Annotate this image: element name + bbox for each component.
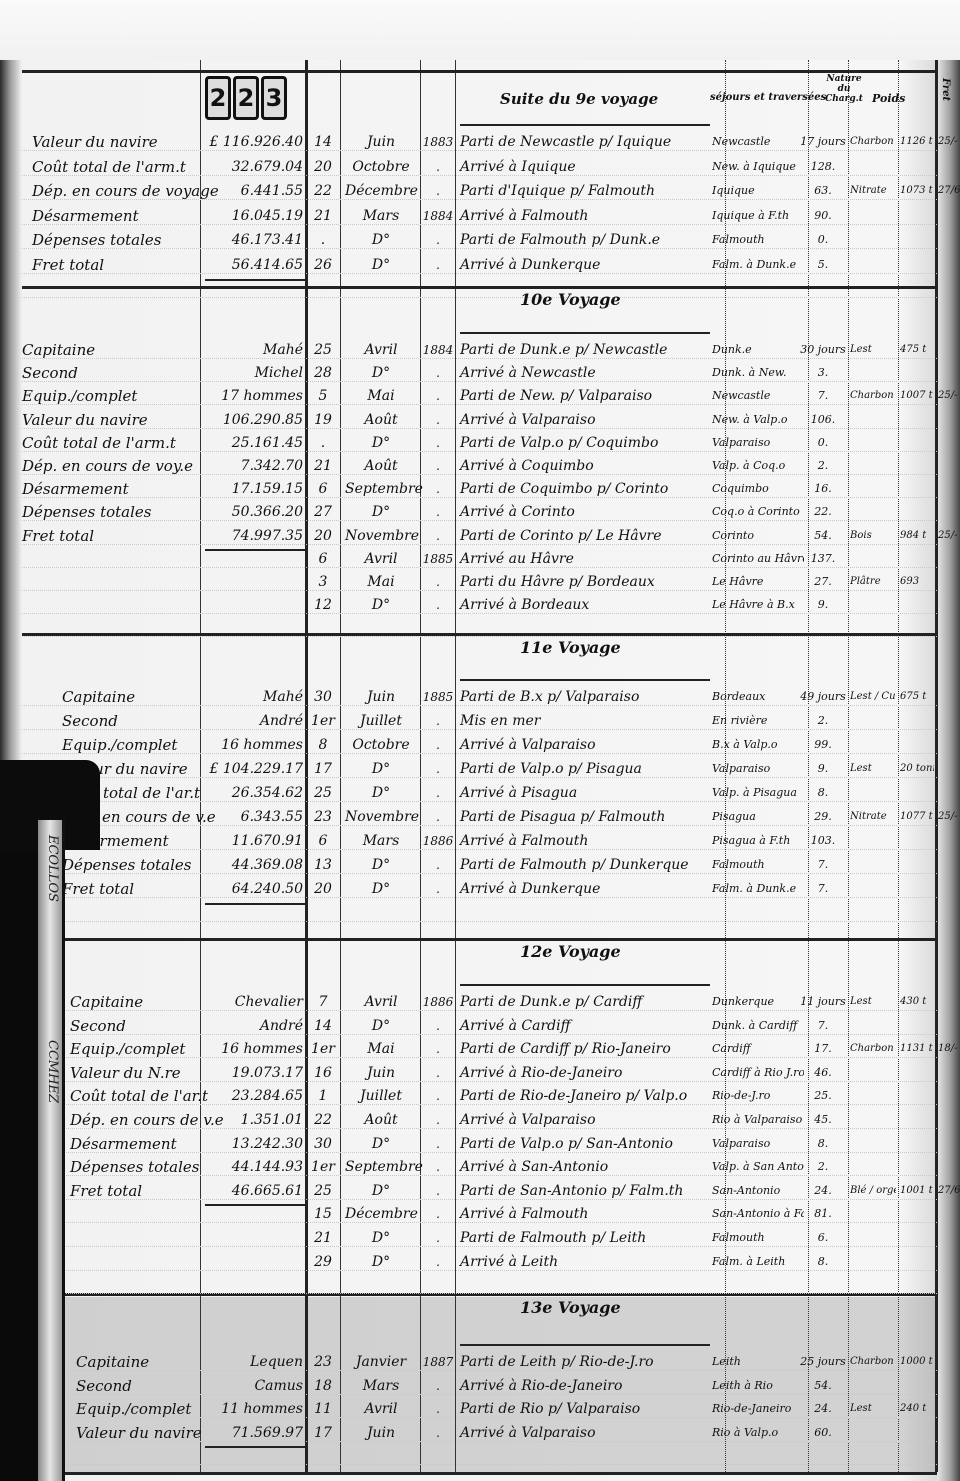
- entry-event: Parti de Corinto p/ Le Hâvre: [460, 524, 662, 548]
- summary-value: 11 hommes: [205, 1397, 303, 1421]
- entry-year: .: [422, 805, 454, 829]
- ruled-line: [22, 297, 937, 298]
- entry-cargo: Lest: [850, 338, 896, 362]
- entry-place: Leith: [712, 1350, 804, 1374]
- stamp-digit: 2: [233, 76, 259, 120]
- summary-label: Dép. en cours de voyage: [32, 179, 219, 203]
- summary-value: 11.670.91: [205, 829, 303, 853]
- entry-year: .: [422, 593, 454, 617]
- entry-day: 1er: [308, 709, 338, 733]
- entry-place: Rio à Valp.o: [712, 1421, 804, 1445]
- entry-event: Parti de Valp.o p/ Pisagua: [460, 757, 642, 781]
- entry-days: 8.: [800, 1250, 846, 1274]
- entry-place: Newcastle: [712, 130, 804, 154]
- summary-value: 56.414.65: [205, 253, 303, 277]
- entry-cargo: Charbon: [850, 1037, 896, 1061]
- entry-month: Juin: [345, 1421, 417, 1445]
- entry-month: Avril: [345, 547, 417, 571]
- binding-edge: [0, 760, 38, 1481]
- section-divider: [62, 938, 937, 941]
- entry-year: .: [422, 1179, 454, 1203]
- summary-label: Fret total: [62, 877, 134, 901]
- entry-day: 7: [308, 990, 338, 1014]
- entry-days: 45.: [800, 1108, 846, 1132]
- entry-event: Arrivé à Valparaiso: [460, 1421, 596, 1445]
- entry-day: 1er: [308, 1155, 338, 1179]
- summary-label: Coût total de l'arm.t: [22, 431, 176, 455]
- entry-cargo: Nitrate: [850, 805, 896, 829]
- entry-weight: 1000 t: [900, 1350, 934, 1374]
- entry-month: Juin: [345, 130, 417, 154]
- entry-days: 90.: [800, 204, 846, 228]
- entry-day: 1: [308, 1084, 338, 1108]
- entry-month: Novembre: [345, 805, 417, 829]
- entry-weight: 1001 t: [900, 1179, 934, 1203]
- entry-month: Mai: [345, 384, 417, 408]
- column-divider: [848, 60, 849, 1472]
- entry-place: New. à Iquique: [712, 155, 804, 179]
- summary-label: Capitaine: [22, 338, 95, 362]
- entry-place: Pisagua à F.th: [712, 829, 804, 853]
- summary-label: Désarmement: [70, 1132, 177, 1156]
- summary-label: Dépenses totales: [70, 1155, 200, 1179]
- totals-underline: [205, 549, 305, 551]
- summary-value: 16.045.19: [205, 204, 303, 228]
- entry-year: 1885: [422, 685, 454, 709]
- entry-year: 1885: [422, 547, 454, 571]
- entry-freight: 27/6: [938, 179, 960, 203]
- entry-year: .: [422, 781, 454, 805]
- entry-days: 81.: [800, 1202, 846, 1226]
- entry-day: 20: [308, 524, 338, 548]
- column-divider: [420, 60, 421, 1472]
- entry-days: 106.: [800, 408, 846, 432]
- entry-days: 7.: [800, 384, 846, 408]
- entry-day: 13: [308, 853, 338, 877]
- entry-year: .: [422, 1132, 454, 1156]
- entry-year: .: [422, 1374, 454, 1398]
- entry-freight: 25/-: [938, 384, 960, 408]
- entry-day: 20: [308, 155, 338, 179]
- entry-day: 27: [308, 500, 338, 524]
- entry-month: Août: [345, 1108, 417, 1132]
- entry-year: .: [422, 1037, 454, 1061]
- entry-event: Arrivé à Valparaiso: [460, 733, 596, 757]
- entry-month: Juillet: [345, 1084, 417, 1108]
- summary-value: Lequen: [205, 1350, 303, 1374]
- entry-weight: 984 t: [900, 524, 934, 548]
- bottom-rule: [62, 1472, 937, 1475]
- entry-year: .: [422, 1014, 454, 1038]
- summary-value: £ 104.229.17: [205, 757, 303, 781]
- entry-event: Arrivé à Dunkerque: [460, 253, 600, 277]
- summary-value: Camus: [205, 1374, 303, 1398]
- entry-day: 17: [308, 1421, 338, 1445]
- summary-label: Equip./complet: [76, 1397, 191, 1421]
- entry-event: Parti de Valp.o p/ San-Antonio: [460, 1132, 673, 1156]
- entry-event: Arrivé à Valparaiso: [460, 1108, 596, 1132]
- entry-days: 5.: [800, 253, 846, 277]
- summary-label: Capitaine: [70, 990, 143, 1014]
- entry-freight: 27/6: [938, 1179, 960, 1203]
- entry-day: 3: [308, 570, 338, 594]
- entry-weight: 1073 t: [900, 179, 934, 203]
- summary-value: 32.679.04: [205, 155, 303, 179]
- entry-year: .: [422, 709, 454, 733]
- entry-place: Le Hâvre: [712, 570, 804, 594]
- entry-day: 14: [308, 1014, 338, 1038]
- entry-day: 12: [308, 593, 338, 617]
- entry-month: D°: [345, 757, 417, 781]
- entry-year: .: [422, 1202, 454, 1226]
- entry-day: 25: [308, 338, 338, 362]
- summary-value: 106.290.85: [205, 408, 303, 432]
- entry-month: D°: [345, 500, 417, 524]
- entry-day: .: [308, 431, 338, 455]
- entry-month: D°: [345, 593, 417, 617]
- entry-month: Juin: [345, 1061, 417, 1085]
- column-divider: [898, 60, 899, 1472]
- entry-year: .: [422, 570, 454, 594]
- entry-month: D°: [345, 1226, 417, 1250]
- top-rule: [22, 70, 937, 73]
- entry-year: .: [422, 454, 454, 478]
- entry-year: .: [422, 1155, 454, 1179]
- entry-month: Septembre: [345, 477, 417, 501]
- entry-event: Arrivé à Cardiff: [460, 1014, 571, 1038]
- entry-place: San-Antonio: [712, 1179, 804, 1203]
- entry-year: 1887: [422, 1350, 454, 1374]
- index-tab-text-upper: ECOLLOS: [40, 835, 60, 902]
- entry-place: Newcastle: [712, 384, 804, 408]
- summary-value: 44.144.93: [205, 1155, 303, 1179]
- summary-label: Equip./complet: [62, 733, 177, 757]
- summary-label: Equip./complet: [22, 384, 137, 408]
- entry-place: Pisagua: [712, 805, 804, 829]
- summary-label: Dépenses totales: [32, 228, 162, 252]
- summary-label: Désarmement: [22, 477, 129, 501]
- entry-year: .: [422, 757, 454, 781]
- entry-month: Janvier: [345, 1350, 417, 1374]
- entry-day: 26: [308, 253, 338, 277]
- entry-place: Iquique: [712, 179, 804, 203]
- entry-days: 63.: [800, 179, 846, 203]
- section-underline: [460, 124, 710, 126]
- entry-month: D°: [345, 781, 417, 805]
- entry-event: Parti de Pisagua p/ Falmouth: [460, 805, 665, 829]
- summary-value: 6.343.55: [205, 805, 303, 829]
- entry-month: Décembre: [345, 179, 417, 203]
- entry-day: 29: [308, 1250, 338, 1274]
- entry-cargo: Lest / Cuivre: [850, 685, 896, 709]
- entry-place: Le Hâvre à B.x: [712, 593, 804, 617]
- entry-event: Arrivé à Valparaiso: [460, 408, 596, 432]
- totals-underline: [205, 279, 305, 281]
- summary-value: Mahé: [205, 338, 303, 362]
- freight-header: Fret: [940, 78, 951, 101]
- entry-year: .: [422, 361, 454, 385]
- summary-label: Capitaine: [76, 1350, 149, 1374]
- section-title: 10e Voyage: [520, 290, 621, 309]
- entry-year: .: [422, 253, 454, 277]
- entry-day: 30: [308, 685, 338, 709]
- summary-label: Second: [62, 709, 118, 733]
- summary-label: Coût total de l'ar.t: [70, 1084, 208, 1108]
- entry-event: Arrivé à Falmouth: [460, 829, 588, 853]
- entry-month: D°: [345, 253, 417, 277]
- entry-day: 18: [308, 1374, 338, 1398]
- entry-day: 30: [308, 1132, 338, 1156]
- entry-weight: 693: [900, 570, 934, 594]
- summary-value: 16 hommes: [205, 1037, 303, 1061]
- summary-label: Equip./complet: [70, 1037, 185, 1061]
- entry-event: Arrivé à Newcastle: [460, 361, 596, 385]
- entry-month: Septembre: [345, 1155, 417, 1179]
- entry-days: 103.: [800, 829, 846, 853]
- entry-cargo: Plâtre: [850, 570, 896, 594]
- summary-value: 16 hommes: [205, 733, 303, 757]
- summary-value: 74.997.35: [205, 524, 303, 548]
- entry-day: 16: [308, 1061, 338, 1085]
- entry-event: Mis en mer: [460, 709, 540, 733]
- entry-day: 14: [308, 130, 338, 154]
- stays-header: séjours et traversées: [710, 92, 826, 103]
- entry-event: Arrivé à Rio-de-Janeiro: [460, 1374, 622, 1398]
- entry-place: Coq.o à Corinto: [712, 500, 804, 524]
- entry-event: Arrivé à Corinto: [460, 500, 575, 524]
- entry-place: San-Antonio à Falmouth: [712, 1202, 804, 1226]
- entry-weight: 1131 t: [900, 1037, 934, 1061]
- summary-label: Second: [76, 1374, 132, 1398]
- entry-month: D°: [345, 228, 417, 252]
- column-divider: [200, 60, 201, 1472]
- summary-value: Mahé: [205, 685, 303, 709]
- entry-days: 60.: [800, 1421, 846, 1445]
- summary-value: 64.240.50: [205, 877, 303, 901]
- entry-day: 22: [308, 1108, 338, 1132]
- entry-days: 8.: [800, 781, 846, 805]
- entry-year: .: [422, 853, 454, 877]
- entry-event: Arrivé à San-Antonio: [460, 1155, 608, 1179]
- section-underline: [460, 332, 710, 334]
- stamp-digit: 2: [205, 76, 231, 120]
- entry-days: 11 jours: [800, 990, 846, 1014]
- entry-place: En rivière: [712, 709, 804, 733]
- weight-header: Poids: [872, 92, 905, 105]
- entry-year: .: [422, 1084, 454, 1108]
- entry-month: Octobre: [345, 155, 417, 179]
- entry-freight: 18/-: [938, 1037, 960, 1061]
- entry-event: Parti de Newcastle p/ Iquique: [460, 130, 671, 154]
- entry-event: Parti de Falmouth p/ Leith: [460, 1226, 646, 1250]
- entry-month: Mai: [345, 570, 417, 594]
- entry-cargo: Charbon: [850, 1350, 896, 1374]
- summary-value: 13.242.30: [205, 1132, 303, 1156]
- summary-value: 6.441.55: [205, 179, 303, 203]
- entry-days: 24.: [800, 1179, 846, 1203]
- entry-event: Parti de Leith p/ Rio-de-J.ro: [460, 1350, 654, 1374]
- entry-month: Décembre: [345, 1202, 417, 1226]
- entry-year: .: [422, 733, 454, 757]
- entry-place: Rio-de-J.ro: [712, 1084, 804, 1108]
- summary-value: 23.284.65: [205, 1084, 303, 1108]
- entry-event: Parti de Rio-de-Janeiro p/ Valp.o: [460, 1084, 687, 1108]
- entry-place: Coquimbo: [712, 477, 804, 501]
- entry-day: 23: [308, 1350, 338, 1374]
- column-divider: [455, 60, 456, 1472]
- summary-value: £ 116.926.40: [205, 130, 303, 154]
- entry-days: 2.: [800, 454, 846, 478]
- entry-weight: 1077 t: [900, 805, 934, 829]
- entry-cargo: Charbon: [850, 384, 896, 408]
- totals-underline: [205, 1204, 305, 1206]
- entry-cargo: Nitrate: [850, 179, 896, 203]
- entry-event: Parti de Rio p/ Valparaiso: [460, 1397, 640, 1421]
- entry-event: Arrivé à Coquimbo: [460, 454, 594, 478]
- entry-cargo: Lest: [850, 757, 896, 781]
- summary-value: 50.366.20: [205, 500, 303, 524]
- entry-days: 17 jours: [800, 130, 846, 154]
- entry-place: Valparaiso: [712, 757, 804, 781]
- entry-days: 8.: [800, 1132, 846, 1156]
- entry-place: Falm. à Leith: [712, 1250, 804, 1274]
- entry-place: B.x à Valp.o: [712, 733, 804, 757]
- summary-label: Dép. en cours de v.e: [70, 1108, 224, 1132]
- entry-month: Mars: [345, 829, 417, 853]
- entry-event: Parti d'Iquique p/ Falmouth: [460, 179, 655, 203]
- entry-day: 21: [308, 454, 338, 478]
- entry-event: Parti de Valp.o p/ Coquimbo: [460, 431, 658, 455]
- summary-label: Fret total: [32, 253, 104, 277]
- entry-year: .: [422, 1397, 454, 1421]
- summary-value: 17.159.15: [205, 477, 303, 501]
- entry-month: Avril: [345, 990, 417, 1014]
- section-underline: [460, 1344, 710, 1346]
- entry-month: D°: [345, 1179, 417, 1203]
- entry-freight: 25/-: [938, 130, 960, 154]
- entry-cargo: Bois: [850, 524, 896, 548]
- entry-day: 25: [308, 781, 338, 805]
- summary-label: Coût total de l'arm.t: [32, 155, 186, 179]
- entry-month: Novembre: [345, 524, 417, 548]
- entry-days: 7.: [800, 1014, 846, 1038]
- summary-value: 26.354.62: [205, 781, 303, 805]
- entry-place: Dunk.e: [712, 338, 804, 362]
- entry-day: 28: [308, 361, 338, 385]
- entry-weight: 20 tonnes: [900, 757, 934, 781]
- entry-month: Octobre: [345, 733, 417, 757]
- entry-year: 1883: [422, 130, 454, 154]
- entry-month: D°: [345, 1014, 417, 1038]
- page-number-stamp: 2 2 3: [205, 76, 287, 120]
- index-tab-text-lower: CCMHEZ: [40, 1040, 60, 1103]
- entry-year: 1884: [422, 204, 454, 228]
- entry-month: Mars: [345, 1374, 417, 1398]
- entry-days: 7.: [800, 877, 846, 901]
- entry-place: Rio-de-Janeiro: [712, 1397, 804, 1421]
- entry-day: 6: [308, 477, 338, 501]
- entry-place: Valparaiso: [712, 431, 804, 455]
- entry-year: .: [422, 228, 454, 252]
- entry-day: 6: [308, 547, 338, 571]
- entry-day: 25: [308, 1179, 338, 1203]
- entry-days: 16.: [800, 477, 846, 501]
- entry-cargo: Blé / orge: [850, 1179, 896, 1203]
- entry-day: 8: [308, 733, 338, 757]
- entry-place: Falmouth: [712, 1226, 804, 1250]
- entry-days: 0.: [800, 431, 846, 455]
- entry-year: .: [422, 1108, 454, 1132]
- entry-month: Juillet: [345, 709, 417, 733]
- section-title: 12e Voyage: [520, 942, 621, 961]
- entry-month: D°: [345, 1132, 417, 1156]
- summary-label: Valeur du navire: [22, 408, 148, 432]
- entry-day: 5: [308, 384, 338, 408]
- entry-year: .: [422, 1421, 454, 1445]
- entry-day: 11: [308, 1397, 338, 1421]
- entry-day: .: [308, 228, 338, 252]
- entry-month: D°: [345, 431, 417, 455]
- entry-event: Arrivé au Hâvre: [460, 547, 574, 571]
- entry-day: 20: [308, 877, 338, 901]
- entry-place: Corinto: [712, 524, 804, 548]
- entry-event: Parti de Falmouth p/ Dunk.e: [460, 228, 660, 252]
- entry-place: Dunkerque: [712, 990, 804, 1014]
- summary-value: 1.351.01: [205, 1108, 303, 1132]
- entry-month: D°: [345, 877, 417, 901]
- entry-event: Parti de B.x p/ Valparaiso: [460, 685, 639, 709]
- summary-label: Valeur du N.re: [70, 1061, 181, 1085]
- entry-month: Avril: [345, 338, 417, 362]
- section-underline: [460, 984, 710, 986]
- entry-event: Arrivé à Iquique: [460, 155, 576, 179]
- entry-place: New. à Valp.o: [712, 408, 804, 432]
- entry-event: Arrivé à Bordeaux: [460, 593, 589, 617]
- page-top-margin: [0, 0, 960, 60]
- entry-year: 1886: [422, 829, 454, 853]
- entry-place: Cardiff: [712, 1037, 804, 1061]
- entry-event: Parti de New. p/ Valparaiso: [460, 384, 652, 408]
- entry-days: 99.: [800, 733, 846, 757]
- entry-days: 30 jours: [800, 338, 846, 362]
- summary-value: Michel: [205, 361, 303, 385]
- summary-label: Second: [70, 1014, 126, 1038]
- entry-place: Bordeaux: [712, 685, 804, 709]
- entry-year: 1884: [422, 338, 454, 362]
- entry-event: Arrivé à Dunkerque: [460, 877, 600, 901]
- entry-year: .: [422, 524, 454, 548]
- section-divider: [22, 286, 937, 289]
- summary-value: 71.569.97: [205, 1421, 303, 1445]
- entry-year: 1886: [422, 990, 454, 1014]
- entry-day: 1er: [308, 1037, 338, 1061]
- entry-freight: 25/-: [938, 805, 960, 829]
- entry-days: 137.: [800, 547, 846, 571]
- entry-days: 29.: [800, 805, 846, 829]
- entry-days: 6.: [800, 1226, 846, 1250]
- entry-days: 7.: [800, 853, 846, 877]
- entry-year: .: [422, 384, 454, 408]
- stamp-digit: 3: [261, 76, 287, 120]
- entry-place: Valp. à Pisagua: [712, 781, 804, 805]
- entry-event: Parti de Dunk.e p/ Cardiff: [460, 990, 642, 1014]
- entry-days: 54.: [800, 524, 846, 548]
- summary-label: Fret total: [70, 1179, 142, 1203]
- entry-days: 2.: [800, 709, 846, 733]
- entry-year: .: [422, 155, 454, 179]
- entry-place: Leith à Rio: [712, 1374, 804, 1398]
- entry-days: 24.: [800, 1397, 846, 1421]
